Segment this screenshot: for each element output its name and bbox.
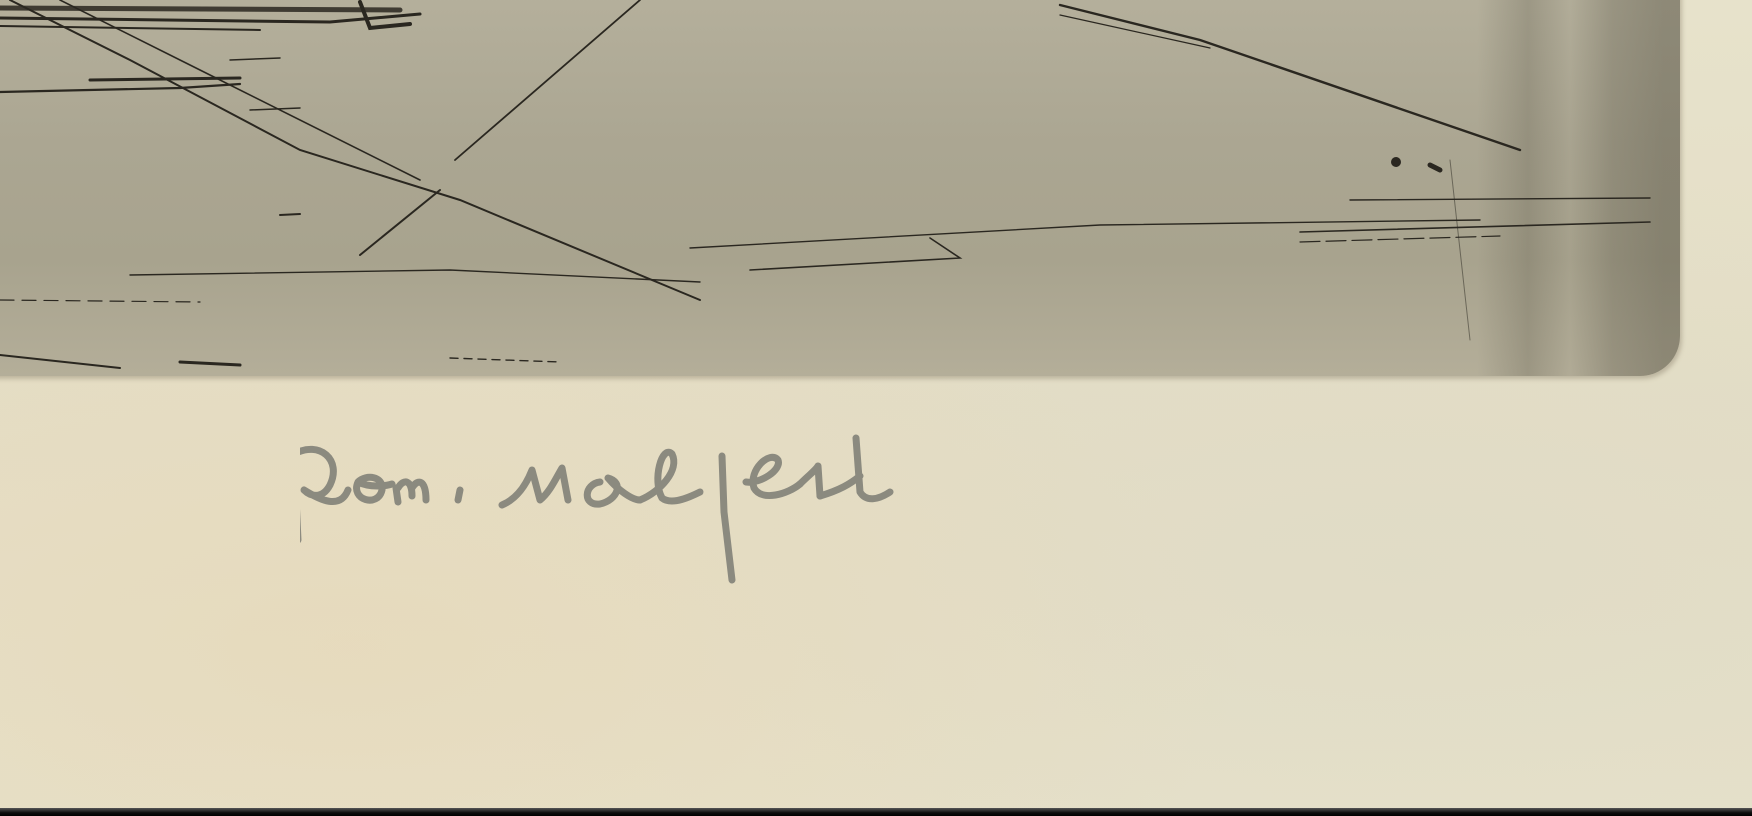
pencil-signature: Rom. Malfeit — [300, 430, 1420, 620]
etched-lines — [0, 0, 1680, 376]
scan-edge-shadow — [0, 808, 1752, 816]
signature-strokes — [300, 430, 1420, 620]
etching-plate-impression — [0, 0, 1680, 376]
